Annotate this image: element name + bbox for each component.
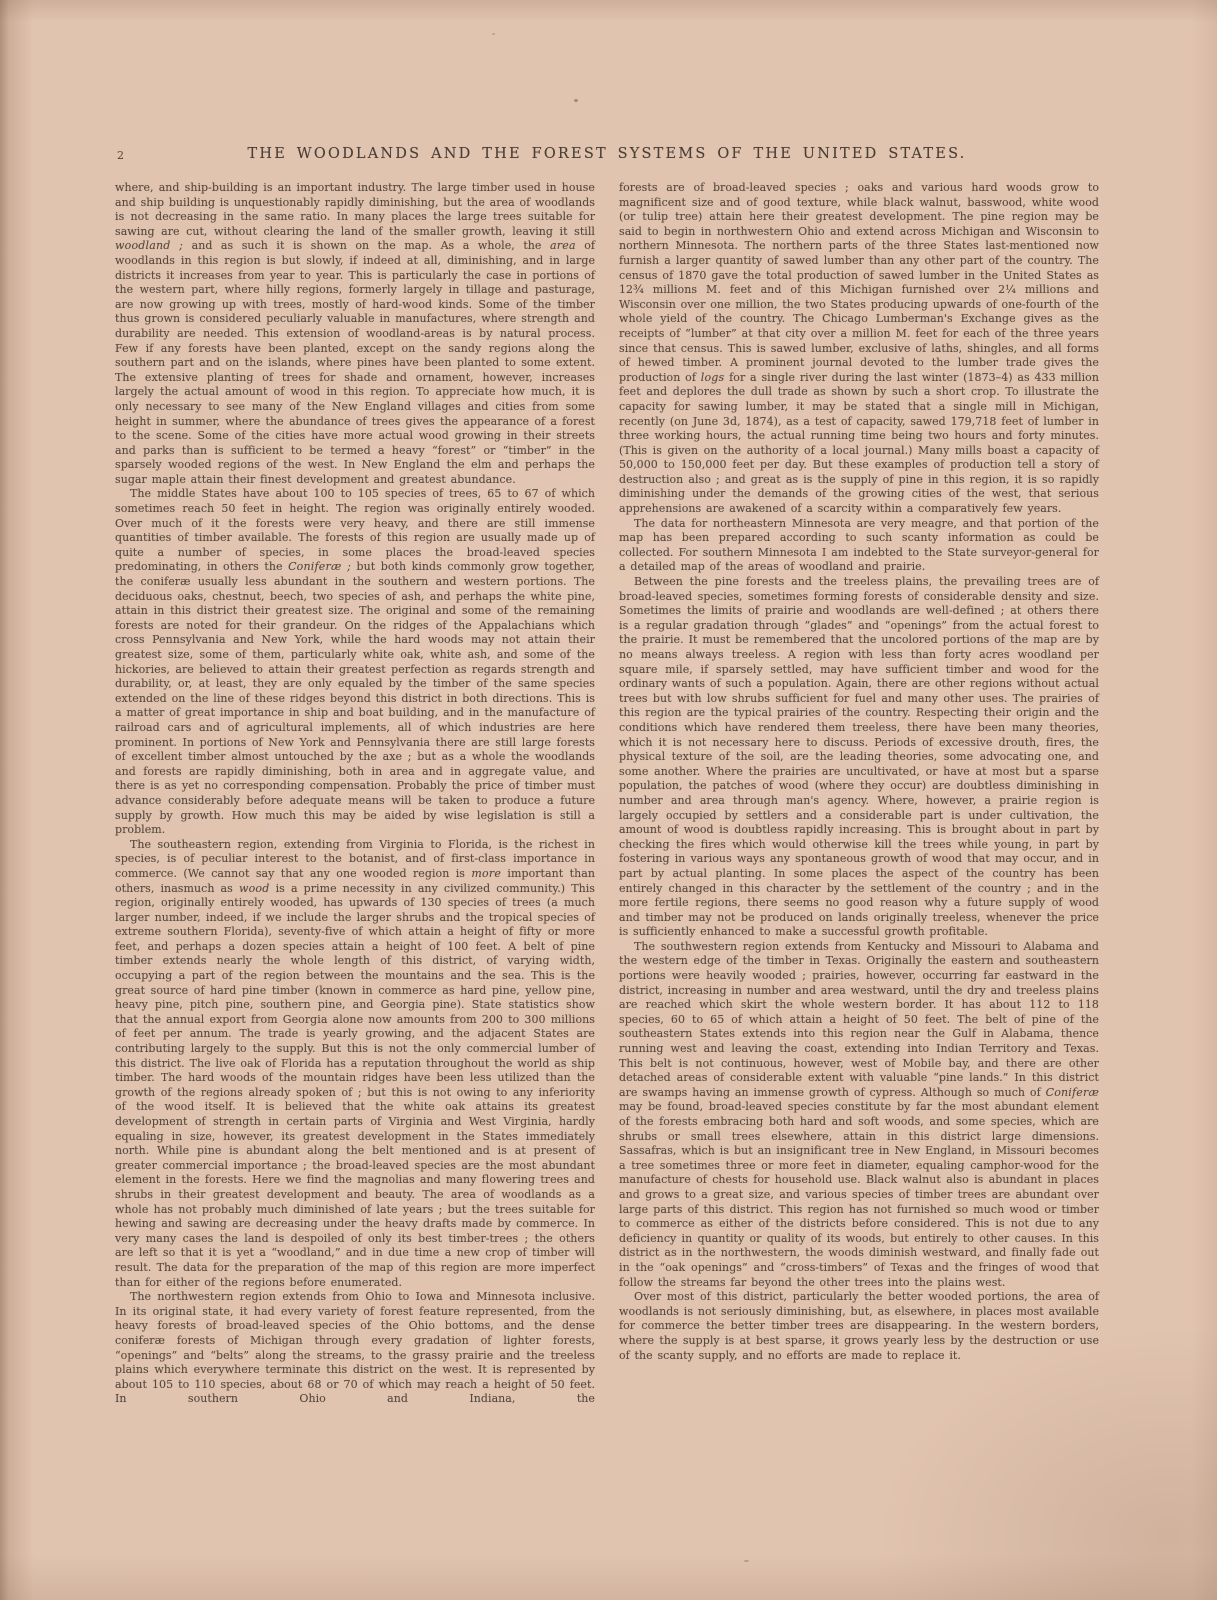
paragraph: where, and ship-building is an important… xyxy=(115,181,595,487)
right-column: forests are of broad-leaved species ; oa… xyxy=(619,181,1099,1407)
paragraph: The southwestern region extends from Ken… xyxy=(619,940,1099,1290)
paragraph: Between the pine forests and the treeles… xyxy=(619,575,1099,940)
page-header: 2 THE WOODLANDS AND THE FOREST SYSTEMS O… xyxy=(115,146,1099,166)
document-page: 2 THE WOODLANDS AND THE FOREST SYSTEMS O… xyxy=(0,0,1217,1600)
scan-speck xyxy=(492,33,495,35)
scan-speck xyxy=(574,99,578,102)
paragraph: The data for northeastern Minnesota are … xyxy=(619,517,1099,575)
paragraph: The northwestern region extends from Ohi… xyxy=(115,1290,595,1407)
paragraph: Over most of this district, particularly… xyxy=(619,1290,1099,1363)
page-body: where, and ship-building is an important… xyxy=(115,181,1099,1407)
page-title: THE WOODLANDS AND THE FOREST SYSTEMS OF … xyxy=(115,146,1099,162)
scan-speck xyxy=(744,1560,749,1562)
page-number: 2 xyxy=(117,149,125,162)
paragraph: The southeastern region, extending from … xyxy=(115,838,595,1290)
left-column: where, and ship-building is an important… xyxy=(115,181,595,1407)
paragraph: The middle States have about 100 to 105 … xyxy=(115,487,595,837)
paragraph: forests are of broad-leaved species ; oa… xyxy=(619,181,1099,517)
